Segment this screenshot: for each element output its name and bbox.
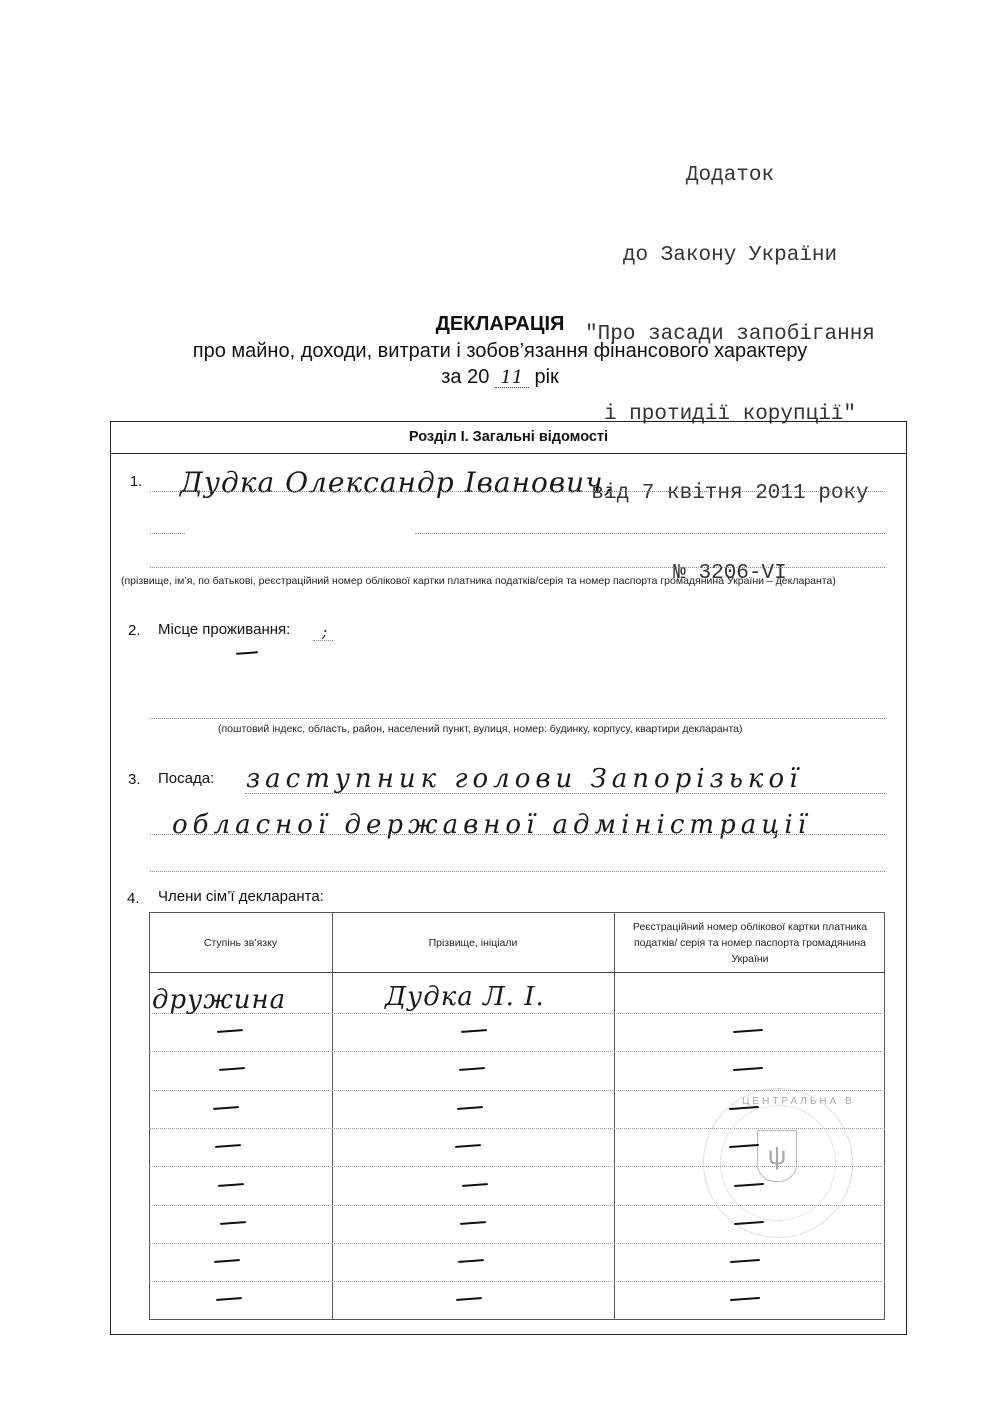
column-header-name: Прізвище, ініціали (332, 912, 614, 973)
item-2-label: Місце проживання: (158, 621, 290, 638)
dotted-line (313, 640, 333, 641)
year-suffix: рік (534, 366, 558, 388)
residence-field[interactable]: ; (322, 622, 328, 641)
dotted-line (150, 567, 885, 568)
row-divider (149, 1243, 885, 1244)
position-field-line1[interactable]: заступник голови Запорізької (246, 764, 802, 794)
column-header-registration: Реєстраційний номер облікової картки пла… (620, 912, 880, 973)
dotted-line (245, 793, 885, 794)
column-header-relation: Ступінь зв’язку (149, 912, 332, 973)
column-divider (614, 912, 615, 1320)
year-prefix: за 20 (441, 366, 489, 388)
section-heading: Розділ І. Загальні відомості (110, 421, 907, 454)
dotted-line (415, 533, 885, 534)
dotted-line (150, 533, 185, 534)
declarant-name-field[interactable]: Дудка Олександр Іванович, (180, 466, 614, 499)
item-2-caption: (поштовий індекс, область, район, населе… (218, 723, 742, 735)
row-divider (149, 1281, 885, 1282)
declaration-subtitle: про майно, доходи, витрати і зобов’язанн… (0, 340, 1000, 363)
declaration-title: ДЕКЛАРАЦІЯ (0, 313, 1000, 336)
dotted-line (150, 491, 885, 492)
item-4-number: 4. (127, 890, 140, 907)
item-4-label: Члени сім’ї декларанта: (158, 888, 324, 905)
item-3-number: 3. (128, 771, 141, 788)
row-divider (149, 1051, 885, 1052)
position-field-line2[interactable]: обласної державної адміністрації (172, 810, 811, 840)
declaration-year: за 20 11 рік (0, 366, 1000, 389)
dotted-line (150, 718, 885, 719)
appendix-line: Додаток (560, 163, 900, 190)
family-relation-cell[interactable]: дружина (152, 985, 286, 1015)
trident-emblem-icon: ψ (757, 1130, 797, 1182)
year-value-field[interactable]: 11 (495, 369, 529, 388)
appendix-line: до Закону України (560, 243, 900, 270)
item-1-caption: (прізвище, ім’я, по батькові, реєстрацій… (121, 575, 836, 587)
dotted-line (150, 834, 885, 835)
item-1-number: 1. (130, 474, 142, 490)
column-divider (332, 912, 333, 1320)
dotted-line (150, 871, 885, 872)
item-2-number: 2. (128, 622, 141, 639)
item-3-label: Посада: (158, 770, 214, 787)
family-name-cell[interactable]: Дудка Л. І. (385, 982, 545, 1012)
